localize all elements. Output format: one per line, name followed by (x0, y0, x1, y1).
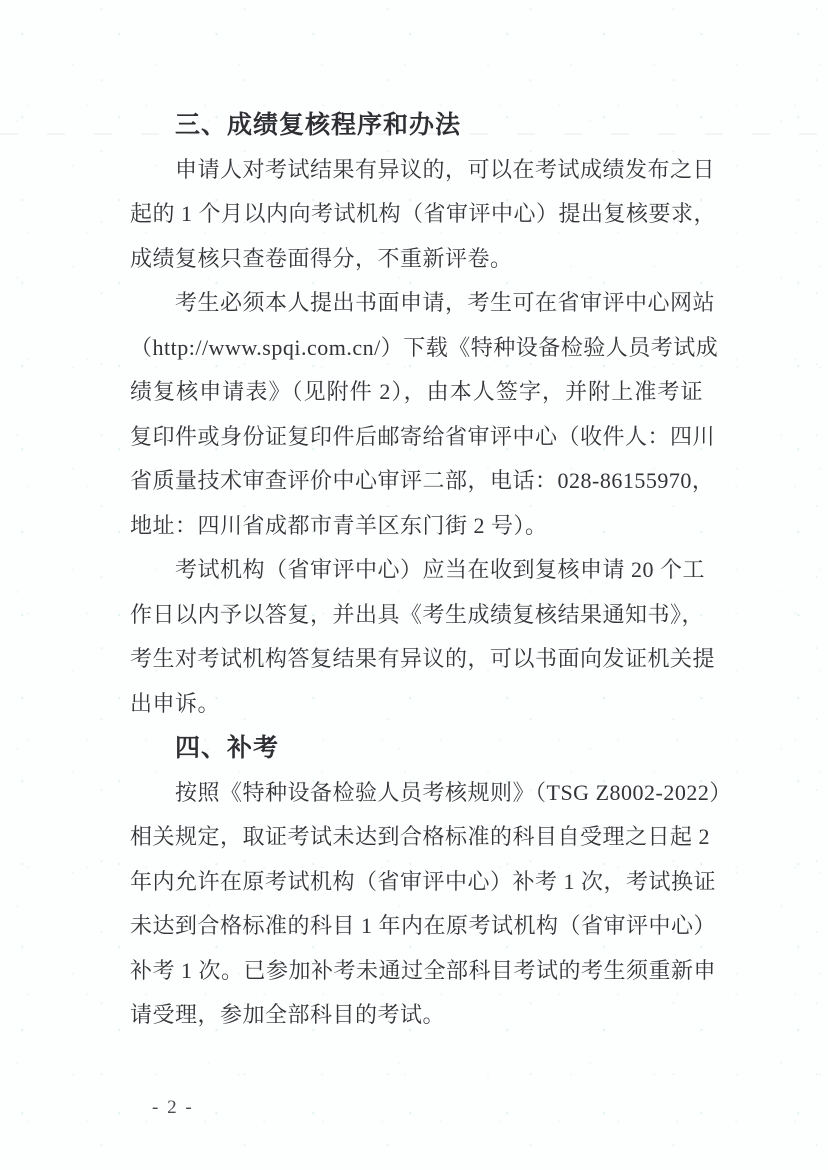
text-line: 地址：四川省成都市青羊区东门街 2 号）。 (130, 504, 703, 549)
paragraph: 考生必须本人提出书面申请，考生可在省审评中心网站（http://www.spqi… (130, 281, 703, 548)
text-line: 复印件或身份证复印件后邮寄给省审评中心（收件人：四川 (130, 415, 703, 460)
text-line: 起的 1 个月以内向考试机构（省审评中心）提出复核要求， (130, 192, 703, 237)
page-number: - 2 - (152, 1097, 194, 1119)
text-line: 相关规定，取证考试未达到合格标准的科目自受理之日起 2 (130, 815, 703, 860)
text-line: 出申诉。 (130, 682, 703, 727)
text-line: 考试机构（省审评中心）应当在收到复核申请 20 个工 (130, 548, 703, 593)
text-line: 成绩复核只查卷面得分，不重新评卷。 (130, 237, 703, 282)
text-line: 按照《特种设备检验人员考核规则》（TSG Z8002-2022） (130, 771, 703, 816)
text-line: （http://www.spqi.com.cn/）下载《特种设备检验人员考试成 (130, 326, 703, 371)
paragraph: 按照《特种设备检验人员考核规则》（TSG Z8002-2022）相关规定，取证考… (130, 771, 703, 1038)
document-body: 三、成绩复核程序和办法申请人对考试结果有异议的，可以在考试成绩发布之日起的 1 … (130, 103, 703, 1038)
section-heading: 三、成绩复核程序和办法 (130, 103, 703, 148)
paragraph: 申请人对考试结果有异议的，可以在考试成绩发布之日起的 1 个月以内向考试机构（省… (130, 148, 703, 282)
text-line: 作日以内予以答复，并出具《考生成绩复核结果通知书》， (130, 593, 703, 638)
text-line: 申请人对考试结果有异议的，可以在考试成绩发布之日 (130, 148, 703, 193)
text-line: 省质量技术审查评价中心审评二部，电话：028-86155970， (130, 459, 703, 504)
text-line: 未达到合格标准的科目 1 年内在原考试机构（省审评中心） (130, 904, 703, 949)
text-line: 补考 1 次。已参加补考未通过全部科目考试的考生须重新申 (130, 949, 703, 994)
section-heading: 四、补考 (130, 726, 703, 771)
text-line: 年内允许在原考试机构（省审评中心）补考 1 次，考试换证 (130, 860, 703, 905)
text-line: 考生必须本人提出书面申请，考生可在省审评中心网站 (130, 281, 703, 326)
text-line: 绩复核申请表》（见附件 2），由本人签字，并附上准考证 (130, 370, 703, 415)
text-line: 请受理，参加全部科目的考试。 (130, 993, 703, 1038)
paragraph: 考试机构（省审评中心）应当在收到复核申请 20 个工作日以内予以答复，并出具《考… (130, 548, 703, 726)
text-line: 考生对考试机构答复结果有异议的，可以书面向发证机关提 (130, 637, 703, 682)
scanned-document-page: 三、成绩复核程序和办法申请人对考试结果有异议的，可以在考试成绩发布之日起的 1 … (0, 0, 828, 1170)
